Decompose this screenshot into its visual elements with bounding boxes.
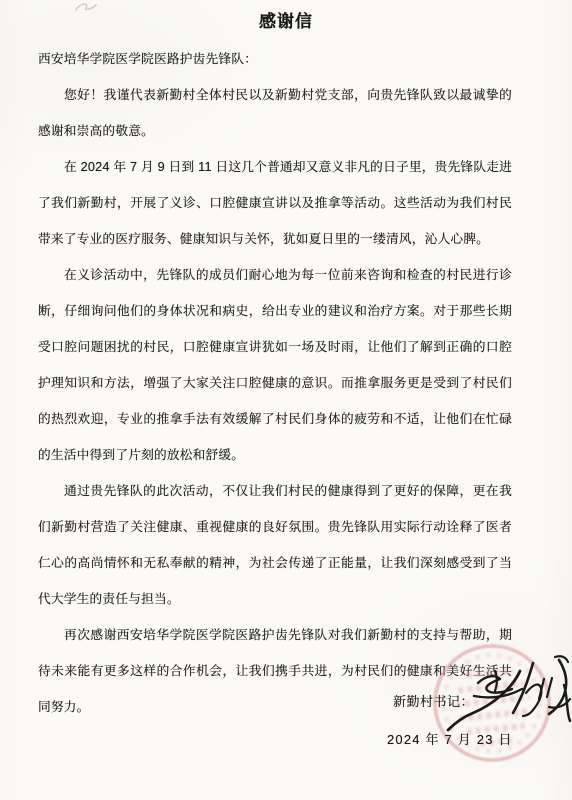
letter-paragraph: 通过贵先锋队的此次活动，不仅让我们村民的健康得到了更好的保障，更在我们新勤村营造… bbox=[38, 473, 512, 617]
scan-smudge bbox=[72, 0, 102, 14]
letter-paragraph: 在 2024 年 7 月 9 日到 11 日这几个普通却又意义非凡的日子里，贵先… bbox=[38, 149, 512, 257]
letter-salutation: 西安培华学院医学院医路护齿先锋队： bbox=[38, 41, 512, 77]
letter-paragraph: 您好！我谨代表新勤村全体村民以及新勤村党支部，向贵先锋队致以最诚挚的感谢和崇高的… bbox=[38, 77, 512, 149]
letter-paragraph: 在义诊活动中，先锋队的成员们耐心地为每一位前来咨询和检查的村民进行诊断，仔细询问… bbox=[38, 257, 512, 473]
letter-body: 西安培华学院医学院医路护齿先锋队： 您好！我谨代表新勤村全体村民以及新勤村党支部… bbox=[0, 32, 572, 725]
scanned-letter-page: 感谢信 西安培华学院医学院医路护齿先锋队： 您好！我谨代表新勤村全体村民以及新勤… bbox=[0, 0, 572, 800]
handwritten-signature bbox=[438, 645, 572, 750]
